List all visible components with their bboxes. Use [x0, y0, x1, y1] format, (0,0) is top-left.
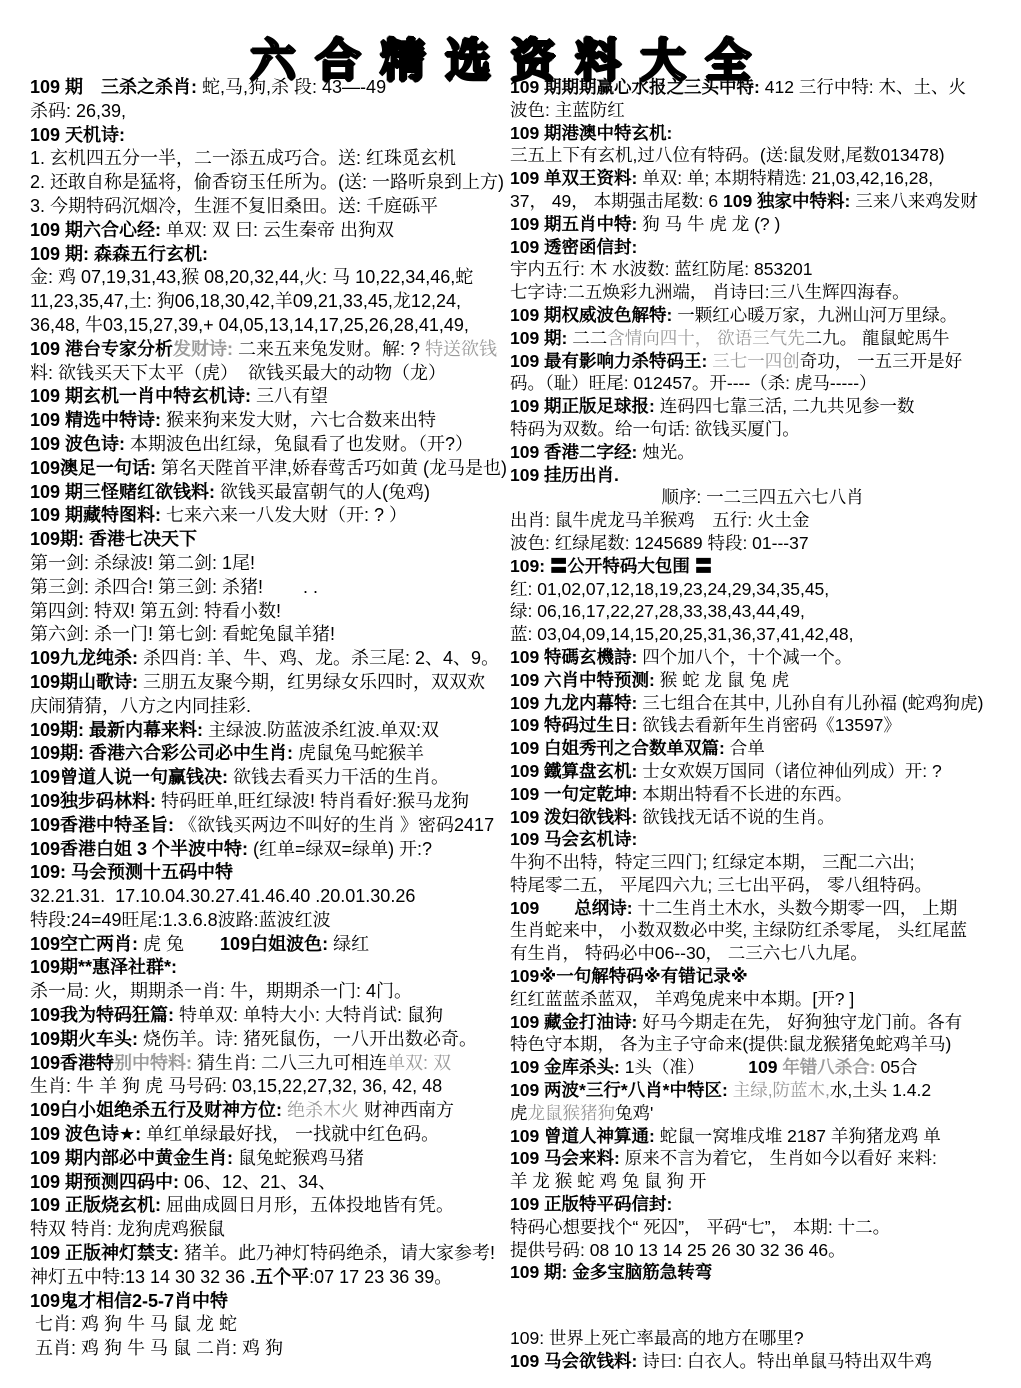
text-segment: 别中特料:	[114, 1053, 192, 1073]
text-segment: 四个加八个，十个减一个。	[637, 647, 852, 667]
text-segment: 109 天机诗:	[30, 125, 125, 145]
text-segment: 主绿波.防蓝波杀红波.单双:双	[203, 720, 439, 740]
text-segment: 绝杀木火	[282, 1100, 364, 1120]
text-segment: (红单=绿双=绿单) 开:?	[248, 839, 432, 859]
text-line: 109: 世界上死亡率最高的地方在哪里?	[510, 1327, 1015, 1350]
text-line: 七字诗:二五焕彩九洲端， 肖诗曰:三八生辉四海春。	[510, 281, 1015, 304]
text-line: 杀码: 26,39,	[30, 100, 512, 124]
text-line: 109 两波*三行*八肖*中特区: 主绿,防蓝木,水,土头 1.4.2	[510, 1079, 1015, 1102]
text-segment: 士女欢娱万国同（诸位神仙列成）开: ?	[637, 761, 941, 781]
text-segment: 财神西南方	[364, 1100, 454, 1120]
text-line: 特码心想要找个“ 死囚”， 平码“七”， 本期: 十二。	[510, 1216, 1015, 1239]
text-segment: 主绿,防蓝木,	[728, 1080, 830, 1100]
text-line: 杀一局: 火，期期杀一肖: 牛，期期杀一门: 4门。	[30, 980, 512, 1004]
text-segment: 109香港白姐 3 个半波中特:	[30, 839, 248, 859]
text-line: 109 期五肖中特: 狗 马 牛 虎 龙 (? )	[510, 213, 1015, 236]
text-segment: 特段:24=49旺尾:1.3.6.8波路:蓝波红波	[30, 910, 331, 930]
text-segment: 特单双: 单特大小: 大特肖试: 鼠狗	[174, 1005, 443, 1025]
text-segment: 109 期港澳中特玄机:	[510, 123, 672, 143]
text-segment: 109 波色诗★:	[30, 1124, 141, 1144]
text-segment: .五个平	[250, 1267, 309, 1287]
text-line: 109 白姐秀刊之合数单双篇: 合单	[510, 737, 1015, 760]
text-line: 特尾零二五， 平尾四六九; 三七出平码， 零八组特码。	[510, 874, 1015, 897]
text-segment: 109 正版烧玄机:	[30, 1195, 161, 1215]
text-line: 109 六肖中特预测: 猴 蛇 龙 鼠 兔 虎	[510, 669, 1015, 692]
text-line: 109香港白姐 3 个半波中特: (红单=绿双=绿单) 开:?	[30, 838, 512, 862]
text-segment: 第一剑: 杀绿波! 第二剑: 1尾!	[30, 553, 255, 573]
text-line: 109 港台专家分析发财诗: 二来五来兔发财。解: ? 特送欲钱	[30, 338, 512, 362]
text-line: 码。（耻）旺尾: 012457。开----（杀: 虎马-----）	[510, 372, 1015, 395]
text-line: 波色: 红绿尾数: 1245689 特段: 01---37	[510, 532, 1015, 555]
text-segment: 三七组合在其中, 儿孙自有儿孙福 (蛇鸡狗虎)	[637, 693, 983, 713]
text-line: 109 马会玄机诗:	[510, 828, 1015, 851]
text-line: 109: 马会预测十五码中特	[30, 861, 512, 885]
text-segment: 宇内五行: 木 水波数: 蓝红防尾: 853201	[510, 259, 812, 279]
text-line: 红红蓝蓝杀蓝双， 羊鸡兔虎来中本期。[开? ]	[510, 988, 1015, 1011]
text-line: 羊 龙 猴 蛇 鸡 兔 鼠 狗 开	[510, 1170, 1015, 1193]
text-segment: 109 期藏特图料:	[30, 505, 161, 525]
text-segment: 3. 今期特码沉烟冷，生涯不复旧桑田。送: 千庭砾平	[30, 196, 438, 216]
text-line: 料: 欲钱买天下太平（虎） 欲钱买最大的动物（龙）	[30, 362, 512, 386]
text-segment: 杀码: 26,39,	[30, 101, 126, 121]
text-segment: 109※一句解特码※有错记录※	[510, 966, 748, 986]
text-segment: 109 期五肖中特:	[510, 214, 637, 234]
text-segment: 109 金库杀头:	[510, 1057, 620, 1077]
text-line: 109香港中特圣旨: 《欲钱买两边不叫好的生肖 》密码2417	[30, 814, 512, 838]
text-line: 提供号码: 08 10 13 14 25 26 30 32 36 46。	[510, 1239, 1015, 1262]
text-segment: 109 总纲诗:	[510, 898, 633, 918]
text-segment: 烛光。	[637, 442, 694, 462]
text-line: 109 鐵算盘玄机: 士女欢娱万国同（诸位神仙列成）开: ?	[510, 760, 1015, 783]
text-line: 109 期: 金多宝脑筋急转弯	[510, 1261, 1015, 1284]
text-line: 第四剑: 特双! 第五剑: 特看小数!	[30, 600, 512, 624]
text-segment: :07 17 23 36 39。	[309, 1267, 452, 1287]
text-line: 五肖: 鸡 狗 牛 马 鼠 二肖: 鸡 狗	[30, 1337, 512, 1361]
text-line: 109 单双王资料: 单双: 单; 本期特精选: 21,03,42,16,28,	[510, 167, 1015, 190]
text-segment: 109 特码过生日:	[510, 715, 637, 735]
text-segment: 109 马会玄机诗:	[510, 829, 637, 849]
text-segment: 特码为双数。给一句话: 欲钱买厦门。	[510, 419, 800, 439]
text-segment: 三来八来鸡发财	[850, 191, 977, 211]
text-segment: 好马今期走在先， 好狗独守龙门前。各有	[637, 1012, 962, 1032]
text-segment: 109 九龙内幕特:	[510, 693, 637, 713]
text-segment: 合单	[725, 738, 765, 758]
text-line: 特双 特肖: 龙狗虎鸡猴鼠	[30, 1218, 512, 1242]
text-line: 37， 49， 本期强击尾数: 6 109 独家中特料: 三来八来鸡发财	[510, 190, 1015, 213]
text-segment: 109 期: 金多宝脑筋急转弯	[510, 1262, 712, 1282]
text-segment: 猴来狗来发大财，六七合数来出特	[161, 410, 436, 430]
text-line: 36,48, 牛03,15,27,39,+ 04,05,13,14,17,25,…	[30, 314, 512, 338]
text-line: 109期火车头: 烧伤羊。诗: 猪死鼠伤，一八开出数必奇。	[30, 1028, 512, 1052]
text-segment: 109澳足一句话:	[30, 458, 156, 478]
text-segment: 提供号码: 08 10 13 14 25 26 30 32 36 46。	[510, 1240, 846, 1260]
text-segment: 109 正版神灯禁支:	[30, 1243, 179, 1263]
text-segment: 蛇鼠一窝堆戌堆 2187 羊狗猪龙鸡 单	[655, 1126, 941, 1146]
text-segment: 金: 鸡 07,19,31,43,猴 08,20,32,44,火: 马 10,2…	[30, 267, 473, 287]
text-line: 109 特碼玄機詩: 四个加八个，十个减一个。	[510, 646, 1015, 669]
text-segment: 109 港台专家分析	[30, 339, 173, 359]
text-line: 七肖: 鸡 狗 牛 马 鼠 龙 蛇	[30, 1313, 512, 1337]
text-segment: 庆闹猜猜，八方之内同挂彩.	[30, 696, 251, 716]
text-line: 神灯五中特:13 14 30 32 36 .五个平:07 17 23 36 39…	[30, 1266, 512, 1290]
text-line: 波色: 主蓝防红	[510, 99, 1015, 122]
text-segment: 十二生肖土木水，头数今期零一四， 上期	[633, 898, 958, 918]
text-segment: 二来五来兔发财。解: ?	[233, 339, 425, 359]
text-segment: 1头（准）	[620, 1057, 748, 1077]
text-line: 第一剑: 杀绿波! 第二剑: 1尾!	[30, 552, 512, 576]
text-segment: 本期波色出红绿，兔鼠看了也发财。（开?）	[125, 434, 473, 454]
text-line: 生肖蛇来中， 小数双数必中奖, 主绿防红杀零尾， 头红尾蓝	[510, 919, 1015, 942]
text-line: 109我为特码狂篇: 特单双: 单特大小: 大特肖试: 鼠狗	[30, 1004, 512, 1028]
text-line: 109独步码林料: 特码旺单,旺红绿波! 特肖看好:猴马龙狗	[30, 790, 512, 814]
text-segment: 料: 欲钱买天下太平（虎） 欲钱买最大的动物（龙）	[30, 363, 446, 383]
text-segment: 码。（耻）旺尾: 012457。开----（杀: 虎马-----）	[510, 373, 877, 393]
text-segment: 109 单双王资料:	[510, 168, 637, 188]
text-line: 庆闹猜猜，八方之内同挂彩.	[30, 695, 512, 719]
text-segment: 烧伤羊。诗: 猪死鼠伤，一八开出数必奇。	[138, 1029, 477, 1049]
text-segment: 109 期 三杀之杀肖:	[30, 77, 197, 97]
text-segment: 109独步码林料:	[30, 791, 156, 811]
text-segment: 杀四肖: 羊、牛、鸡、龙。杀三尾: 2、4、9。	[138, 648, 499, 668]
text-segment: 蓝: 03,04,09,14,15,20,25,31,36,37,41,42,4…	[510, 624, 853, 644]
text-segment: 羊 龙 猴 蛇 鸡 兔 鼠 狗 开	[510, 1171, 706, 1191]
text-segment: 杀一局: 火，期期杀一肖: 牛，期期杀一门: 4门。	[30, 981, 412, 1001]
text-segment: 第四剑: 特双! 第五剑: 特看小数!	[30, 601, 281, 621]
text-line: 蓝: 03,04,09,14,15,20,25,31,36,37,41,42,4…	[510, 623, 1015, 646]
text-segment: 猴 蛇 龙 鼠 兔 虎	[655, 670, 789, 690]
text-segment: 三五上下有玄机,过八位有特码。(送:鼠发财,尾数013478)	[510, 145, 945, 165]
text-segment: 单双: 单; 本期特精选: 21,03,42,16,28,	[637, 168, 933, 188]
text-segment: 109 特碼玄機詩:	[510, 647, 637, 667]
text-line: 虎龙鼠猴猪狗兔鸡'	[510, 1102, 1015, 1125]
text-line: 特色守本期， 各为主子守命来(提供:鼠龙猴猪兔蛇鸡羊马)	[510, 1033, 1015, 1056]
text-segment: 猪羊。此乃神灯特码绝杀，请大家参考!	[179, 1243, 495, 1263]
text-segment: 年错八杀合:	[782, 1057, 875, 1077]
text-segment: 109 透密函信封:	[510, 237, 637, 257]
text-segment: 五肖: 鸡 狗 牛 马 鼠 二肖: 鸡 狗	[30, 1338, 283, 1358]
text-segment: 109 最有影响力杀特码王:	[510, 351, 707, 371]
text-line: 109 波色诗: 本期波色出红绿，兔鼠看了也发财。（开?）	[30, 433, 512, 457]
text-segment: 109 两波*三行*八肖*中特区:	[510, 1080, 728, 1100]
text-line: 109 正版特平码信封:	[510, 1193, 1015, 1216]
text-segment: 06、12、21、34、	[179, 1172, 336, 1192]
text-segment: 109 波色诗:	[30, 434, 125, 454]
text-line: 109 期: 二二含情向四十， 欲语三气先二九。 龍鼠蛇馬牛	[510, 327, 1015, 350]
text-line: 109 挂历出肖.	[510, 464, 1015, 487]
text-line: 红: 01,02,07,12,18,19,23,24,29,34,35,45,	[510, 578, 1015, 601]
text-segment: 七肖: 鸡 狗 牛 马 鼠 龙 蛇	[30, 1314, 237, 1334]
text-segment: 蛇,马,狗,杀 段: 43—-49	[197, 77, 386, 97]
text-line: 宇内五行: 木 水波数: 蓝红防尾: 853201	[510, 258, 1015, 281]
text-line: 109 期内部必中黄金生肖: 鼠兔蛇猴鸡马猪	[30, 1147, 512, 1171]
text-line: 109 九龙内幕特: 三七组合在其中, 儿孙自有儿孙福 (蛇鸡狗虎)	[510, 692, 1015, 715]
text-line: 109 期预测四码中: 06、12、21、34、	[30, 1171, 512, 1195]
text-segment: 109 马会欲钱料:	[510, 1351, 637, 1371]
text-line: 109 期六合心经: 单双: 双 曰: 云生秦帝 出狗双	[30, 219, 512, 243]
text-segment: 109	[748, 1057, 782, 1077]
text-line: 109 期正版足球报: 连码四七靠三活, 二九共见参一数	[510, 395, 1015, 418]
text-segment: 109空亡两肖:	[30, 934, 138, 954]
text-line: 109 期: 森森五行玄机:	[30, 243, 512, 267]
left-column: 109 期 三杀之杀肖: 蛇,马,狗,杀 段: 43—-49杀码: 26,39,…	[30, 76, 512, 1361]
text-line: 109 特码过生日: 欲钱去看新年生肖密码《13597》	[510, 714, 1015, 737]
text-segment: 欲钱找无话不说的生肖。	[637, 807, 834, 827]
text-segment: 109 六肖中特预测:	[510, 670, 655, 690]
text-line: 109 期藏特图料: 七来六来一八发大财（开: ? ）	[30, 504, 512, 528]
text-line: 109 正版神灯禁支: 猪羊。此乃神灯特码绝杀，请大家参考!	[30, 1242, 512, 1266]
text-line: 109期山歌诗: 三朋五友聚今期，红男绿女乐四时，双双欢	[30, 671, 512, 695]
text-segment: 七字诗:二五焕彩九洲端， 肖诗曰:三八生辉四海春。	[510, 282, 910, 302]
text-segment: 龙鼠猴猪狗	[528, 1103, 616, 1123]
text-segment: 绿红	[328, 934, 369, 954]
right-column: 109 期期期赢心水报之三头中特: 412 三行中特: 木、土、火波色: 主蓝防…	[510, 76, 1015, 1373]
text-segment: 连码四七靠三活, 二九共见参一数	[655, 396, 915, 416]
text-segment: 单双: 双	[387, 1053, 451, 1073]
text-line: 109澳足一句话: 第名天陛首平津,娇春莺舌巧如黄 (龙马是也)	[30, 457, 512, 481]
text-segment: 水,土头 1.4.2	[830, 1080, 931, 1100]
text-line: 生肖: 牛 羊 狗 虎 马号码: 03,15,22,27,32, 36, 42,…	[30, 1075, 512, 1099]
text-segment: 第三剑: 杀四合! 第三剑: 杀猪! . .	[30, 577, 318, 597]
text-segment: 波色: 红绿尾数: 1245689 特段: 01---37	[510, 533, 809, 553]
text-segment: 含情向四十， 欲语三气先	[607, 328, 804, 348]
text-segment: 05合	[876, 1057, 918, 1077]
text-segment: 三朋五友聚今期，红男绿女乐四时，双双欢	[138, 672, 485, 692]
text-segment: 11,23,35,47,土: 狗06,18,30,42,羊09,21,33,45…	[30, 291, 461, 311]
text-line: 109空亡两肖: 虎 兔 109白姐波色: 绿红	[30, 933, 512, 957]
text-segment: 109 曾道人神算通:	[510, 1126, 655, 1146]
text-line: 109 期玄机一肖中特玄机诗: 三八有望	[30, 385, 512, 409]
text-line: 109 透密函信封:	[510, 236, 1015, 259]
text-segment: 特色守本期， 各为主子守命来(提供:鼠龙猴猪兔蛇鸡羊马)	[510, 1034, 951, 1054]
text-segment: 109: 世界上死亡率最高的地方在哪里?	[510, 1328, 804, 1348]
text-segment: 109 鐵算盘玄机:	[510, 761, 637, 781]
text-segment: 37， 49， 本期强击尾数: 6	[510, 191, 723, 211]
text-line: 109 期权威波色解特: 一颗红心暖万家，九洲山河万里绿。	[510, 304, 1015, 327]
text-line: 109 金库杀头: 1头（准） 109 年错八杀合: 05合	[510, 1056, 1015, 1079]
text-segment: 1. 玄机四五分一半，二一添五成巧合。送: 红珠觅玄机	[30, 148, 456, 168]
text-line: 109 正版烧玄机: 屈曲成圆日月形，五体投地皆有凭。	[30, 1194, 512, 1218]
text-line: 109期: 最新内幕来料: 主绿波.防蓝波杀红波.单双:双	[30, 719, 512, 743]
text-segment: 鼠兔蛇猴鸡马猪	[233, 1148, 364, 1168]
text-segment: 109 期正版足球报:	[510, 396, 655, 416]
text-segment: 109 白姐秀刊之合数单双篇:	[510, 738, 725, 758]
text-segment: 109白小姐绝杀五行及财神方位:	[30, 1100, 282, 1120]
text-segment: 生肖蛇来中， 小数双数必中奖, 主绿防红杀零尾， 头红尾蓝	[510, 920, 967, 940]
text-segment: 109 期内部必中黄金生肖:	[30, 1148, 233, 1168]
text-segment: 特双 特肖: 龙狗虎鸡猴鼠	[30, 1219, 225, 1239]
text-segment: 109我为特码狂篇:	[30, 1005, 174, 1025]
text-segment: 波色: 主蓝防红	[510, 100, 625, 120]
text-segment: 红: 01,02,07,12,18,19,23,24,29,34,35,45,	[510, 579, 829, 599]
text-line: 109 一句定乾坤: 本期出特看不长进的东西。	[510, 783, 1015, 806]
text-segment: 《欲钱买两边不叫好的生肖 》密码2417	[174, 815, 494, 835]
text-line: 3. 今期特码沉烟冷，生涯不复旧桑田。送: 千庭砾平	[30, 195, 512, 219]
text-segment: 二九。 龍鼠蛇馬牛	[805, 328, 950, 348]
text-line: 绿: 06,16,17,22,27,28,33,38,43,44,49,	[510, 600, 1015, 623]
text-line: 109 精选中特诗: 猴来狗来发大财，六七合数来出特	[30, 409, 512, 433]
text-line: 109期**惠泽社群*:	[30, 956, 512, 980]
text-line: 109期: 香港六合彩公司必中生肖: 虎鼠兔马蛇猴羊	[30, 742, 512, 766]
text-line: 109 期三怪赌红欲钱料: 欲钱买最富朝气的人(兔鸡)	[30, 481, 512, 505]
text-segment: 109 期: 森森五行玄机:	[30, 244, 208, 264]
text-segment: 特送欲钱	[425, 339, 497, 359]
text-segment: 特码心想要找个“ 死囚”， 平码“七”， 本期: 十二。	[510, 1217, 890, 1237]
text-line: 109九龙纯杀: 杀四肖: 羊、牛、鸡、龙。杀三尾: 2、4、9。	[30, 647, 512, 671]
text-line: 1. 玄机四五分一半，二一添五成巧合。送: 红珠觅玄机	[30, 147, 512, 171]
text-segment: 109期火车头:	[30, 1029, 138, 1049]
text-segment: 109 泼妇欲钱料:	[510, 807, 637, 827]
text-line: 109 期期期赢心水报之三头中特: 412 三行中特: 木、土、火	[510, 76, 1015, 99]
text-line: 109曾道人说一句赢钱决: 欲钱去看买力干活的生肖。	[30, 766, 512, 790]
text-segment: 109 精选中特诗:	[30, 410, 161, 430]
text-segment: 诗曰: 白衣人。特出单鼠马特出双牛鸡	[637, 1351, 932, 1371]
text-segment: 特尾零二五， 平尾四六九; 三七出平码， 零八组特码。	[510, 875, 932, 895]
text-line: 109 曾道人神算通: 蛇鼠一窝堆戌堆 2187 羊狗猪龙鸡 单	[510, 1125, 1015, 1148]
text-segment: 109鬼才相信2-5-7肖中特	[30, 1291, 228, 1311]
text-line: 109鬼才相信2-5-7肖中特	[30, 1290, 512, 1314]
text-line: 109 期港澳中特玄机:	[510, 122, 1015, 145]
text-line: 牛狗不出特，特定三四门; 红绿定本期， 三配二六出;	[510, 851, 1015, 874]
text-segment: 109期: 最新内幕来料:	[30, 720, 203, 740]
text-segment: 109 藏金打油诗:	[510, 1012, 637, 1032]
text-segment: 109 期三怪赌红欲钱料:	[30, 482, 215, 502]
text-line: 109 藏金打油诗: 好马今期走在先， 好狗独守龙门前。各有	[510, 1011, 1015, 1034]
text-line: 109 总纲诗: 十二生肖土木水，头数今期零一四， 上期	[510, 897, 1015, 920]
text-segment: 特码旺单,旺红绿波! 特肖看好:猴马龙狗	[156, 791, 469, 811]
text-segment: 虎 兔	[138, 934, 220, 954]
text-line: 109※一句解特码※有错记录※	[510, 965, 1015, 988]
text-line: 109 最有影响力杀特码王: 三七一四创奇功， 一五三开是好	[510, 350, 1015, 373]
text-line: 顺序: 一二三四五六七八肖	[510, 486, 1015, 509]
text-segment: 109香港中特圣旨:	[30, 815, 174, 835]
text-line: 特码为双数。给一句话: 欲钱买厦门。	[510, 418, 1015, 441]
text-segment: 109白姐波色:	[220, 934, 328, 954]
text-segment: 109期山歌诗:	[30, 672, 138, 692]
text-segment: 发财诗:	[173, 339, 233, 359]
text-line: 有生肖， 特码必中06--30， 二三六七八九尾。	[510, 942, 1015, 965]
text-segment: 109 马会来料:	[510, 1148, 620, 1168]
text-segment: 虎鼠兔马蛇猴羊	[293, 743, 424, 763]
text-line: 出肖: 鼠牛虎龙马羊猴鸡 五行: 火土金	[510, 509, 1015, 532]
text-segment: 109 挂历出肖.	[510, 465, 619, 485]
text-segment: 狗 马 牛 虎 龙 (? )	[637, 214, 780, 234]
text-segment: 第名天陛首平津,娇春莺舌巧如黄 (龙马是也)	[156, 458, 507, 478]
text-segment: 生肖: 牛 羊 狗 虎 马号码: 03,15,22,27,32, 36, 42,…	[30, 1076, 442, 1096]
text-line: 109 香港二字经: 烛光。	[510, 441, 1015, 464]
text-line: 金: 鸡 07,19,31,43,猴 08,20,32,44,火: 马 10,2…	[30, 266, 512, 290]
text-segment: 109 期玄机一肖中特玄机诗:	[30, 386, 251, 406]
text-segment: 109 正版特平码信封:	[510, 1194, 672, 1214]
text-segment: 二二	[567, 328, 607, 348]
text-segment: 109香港特	[30, 1053, 114, 1073]
text-line: 2. 还敢自称是猛将，偷香窃玉任所为。(送: 一路听泉到上方)	[30, 171, 512, 195]
text-segment: 32.21.31. 17.10.04.30.27.41.46.40 .20.01…	[30, 886, 415, 906]
text-segment: 109 期预测四码中:	[30, 1172, 179, 1192]
text-segment: 单双: 双 曰: 云生秦帝 出狗双	[161, 220, 394, 240]
text-segment: 109: 〓公开特码大包围 〓	[510, 556, 712, 576]
text-line: 32.21.31. 17.10.04.30.27.41.46.40 .20.01…	[30, 885, 512, 909]
text-segment: 奇功， 一五三开是好	[800, 351, 962, 371]
text-segment: 412 三行中特: 木、土、火	[760, 77, 966, 97]
text-segment: 109期: 香港七决天下	[30, 529, 197, 549]
text-line: 109白小姐绝杀五行及财神方位: 绝杀木火 财神西南方	[30, 1099, 512, 1123]
text-segment: 顺序: 一二三四五六七八肖	[661, 487, 863, 507]
text-line: 109: 〓公开特码大包围 〓	[510, 555, 1015, 578]
text-segment: 109 期期期赢心水报之三头中特:	[510, 77, 760, 97]
text-line: 特段:24=49旺尾:1.3.6.8波路:蓝波红波	[30, 909, 512, 933]
text-line: 11,23,35,47,土: 狗06,18,30,42,羊09,21,33,45…	[30, 290, 512, 314]
text-line: 109 马会欲钱料: 诗曰: 白衣人。特出单鼠马特出双牛鸡	[510, 1350, 1015, 1373]
text-line: 109 天机诗:	[30, 124, 512, 148]
text-line: 第六剑: 杀一门! 第七剑: 看蛇兔鼠羊猪!	[30, 623, 512, 647]
text-line: 109香港特别中特料: 猜生肖: 二八三九可相连单双: 双	[30, 1052, 512, 1076]
text-line: 109 马会来料: 原来不言为着它， 生肖如今以看好 来料:	[510, 1147, 1015, 1170]
text-segment: 109九龙纯杀:	[30, 648, 138, 668]
text-segment: 109期**惠泽社群*:	[30, 957, 177, 977]
text-segment: 109曾道人说一句赢钱决:	[30, 767, 228, 787]
text-segment: 109 期:	[510, 328, 567, 348]
text-segment: 109 期六合心经:	[30, 220, 161, 240]
text-segment: 第六剑: 杀一门! 第七剑: 看蛇兔鼠羊猪!	[30, 624, 335, 644]
text-segment: 欲钱买最富朝气的人(兔鸡)	[215, 482, 430, 502]
text-line: 109 泼妇欲钱料: 欲钱找无话不说的生肖。	[510, 806, 1015, 829]
text-segment: 109 一句定乾坤:	[510, 784, 637, 804]
text-segment: 原来不言为着它， 生肖如今以看好 来料:	[620, 1148, 937, 1168]
text-line: 109 波色诗★: 单红单绿最好找， 一找就中红色码。	[30, 1123, 512, 1147]
text-line: 三五上下有玄机,过八位有特码。(送:鼠发财,尾数013478)	[510, 144, 1015, 167]
text-segment: 屈曲成圆日月形，五体投地皆有凭。	[161, 1195, 454, 1215]
text-segment: 单红单绿最好找， 一找就中红色码。	[141, 1124, 439, 1144]
text-segment: 三八有望	[251, 386, 328, 406]
text-segment: 出肖: 鼠牛虎龙马羊猴鸡 五行: 火土金	[510, 510, 809, 530]
text-segment: 109 香港二字经:	[510, 442, 637, 462]
text-segment: 有生肖， 特码必中06--30， 二三六七八九尾。	[510, 943, 868, 963]
text-segment: 109 独家中特料:	[723, 191, 850, 211]
text-segment: 欲钱去看新年生肖密码《13597》	[637, 715, 901, 735]
text-segment: 2. 还敢自称是猛将，偷香窃玉任所为。(送: 一路听泉到上方)	[30, 172, 504, 192]
text-segment: 神灯五中特:13 14 30 32 36	[30, 1267, 250, 1287]
text-segment: 109: 马会预测十五码中特	[30, 862, 233, 882]
text-segment: 七来六来一八发大财（开: ? ）	[161, 505, 407, 525]
text-segment: 兔鸡'	[615, 1103, 653, 1123]
text-segment: 109期: 香港六合彩公司必中生肖:	[30, 743, 293, 763]
text-segment: 36,48, 牛03,15,27,39,+ 04,05,13,14,17,25,…	[30, 315, 469, 335]
text-segment: 本期出特看不长进的东西。	[637, 784, 852, 804]
text-segment: 三七一四创	[707, 351, 799, 371]
text-segment: 牛狗不出特，特定三四门; 红绿定本期， 三配二六出;	[510, 852, 914, 872]
text-segment: 欲钱去看买力干活的生肖。	[228, 767, 449, 787]
text-line: 109期: 香港七决天下	[30, 528, 512, 552]
text-line: 第三剑: 杀四合! 第三剑: 杀猪! . .	[30, 576, 512, 600]
text-segment: 虎	[510, 1103, 528, 1123]
text-segment: 一颗红心暖万家，九洲山河万里绿。	[672, 305, 957, 325]
text-segment: 绿: 06,16,17,22,27,28,33,38,43,44,49,	[510, 601, 805, 621]
text-segment: 109 期权威波色解特:	[510, 305, 672, 325]
text-segment: 猜生肖: 二八三九可相连	[192, 1053, 387, 1073]
text-segment: 红红蓝蓝杀蓝双， 羊鸡兔虎来中本期。[开? ]	[510, 989, 854, 1009]
text-line: 109 期 三杀之杀肖: 蛇,马,狗,杀 段: 43—-49	[30, 76, 512, 100]
